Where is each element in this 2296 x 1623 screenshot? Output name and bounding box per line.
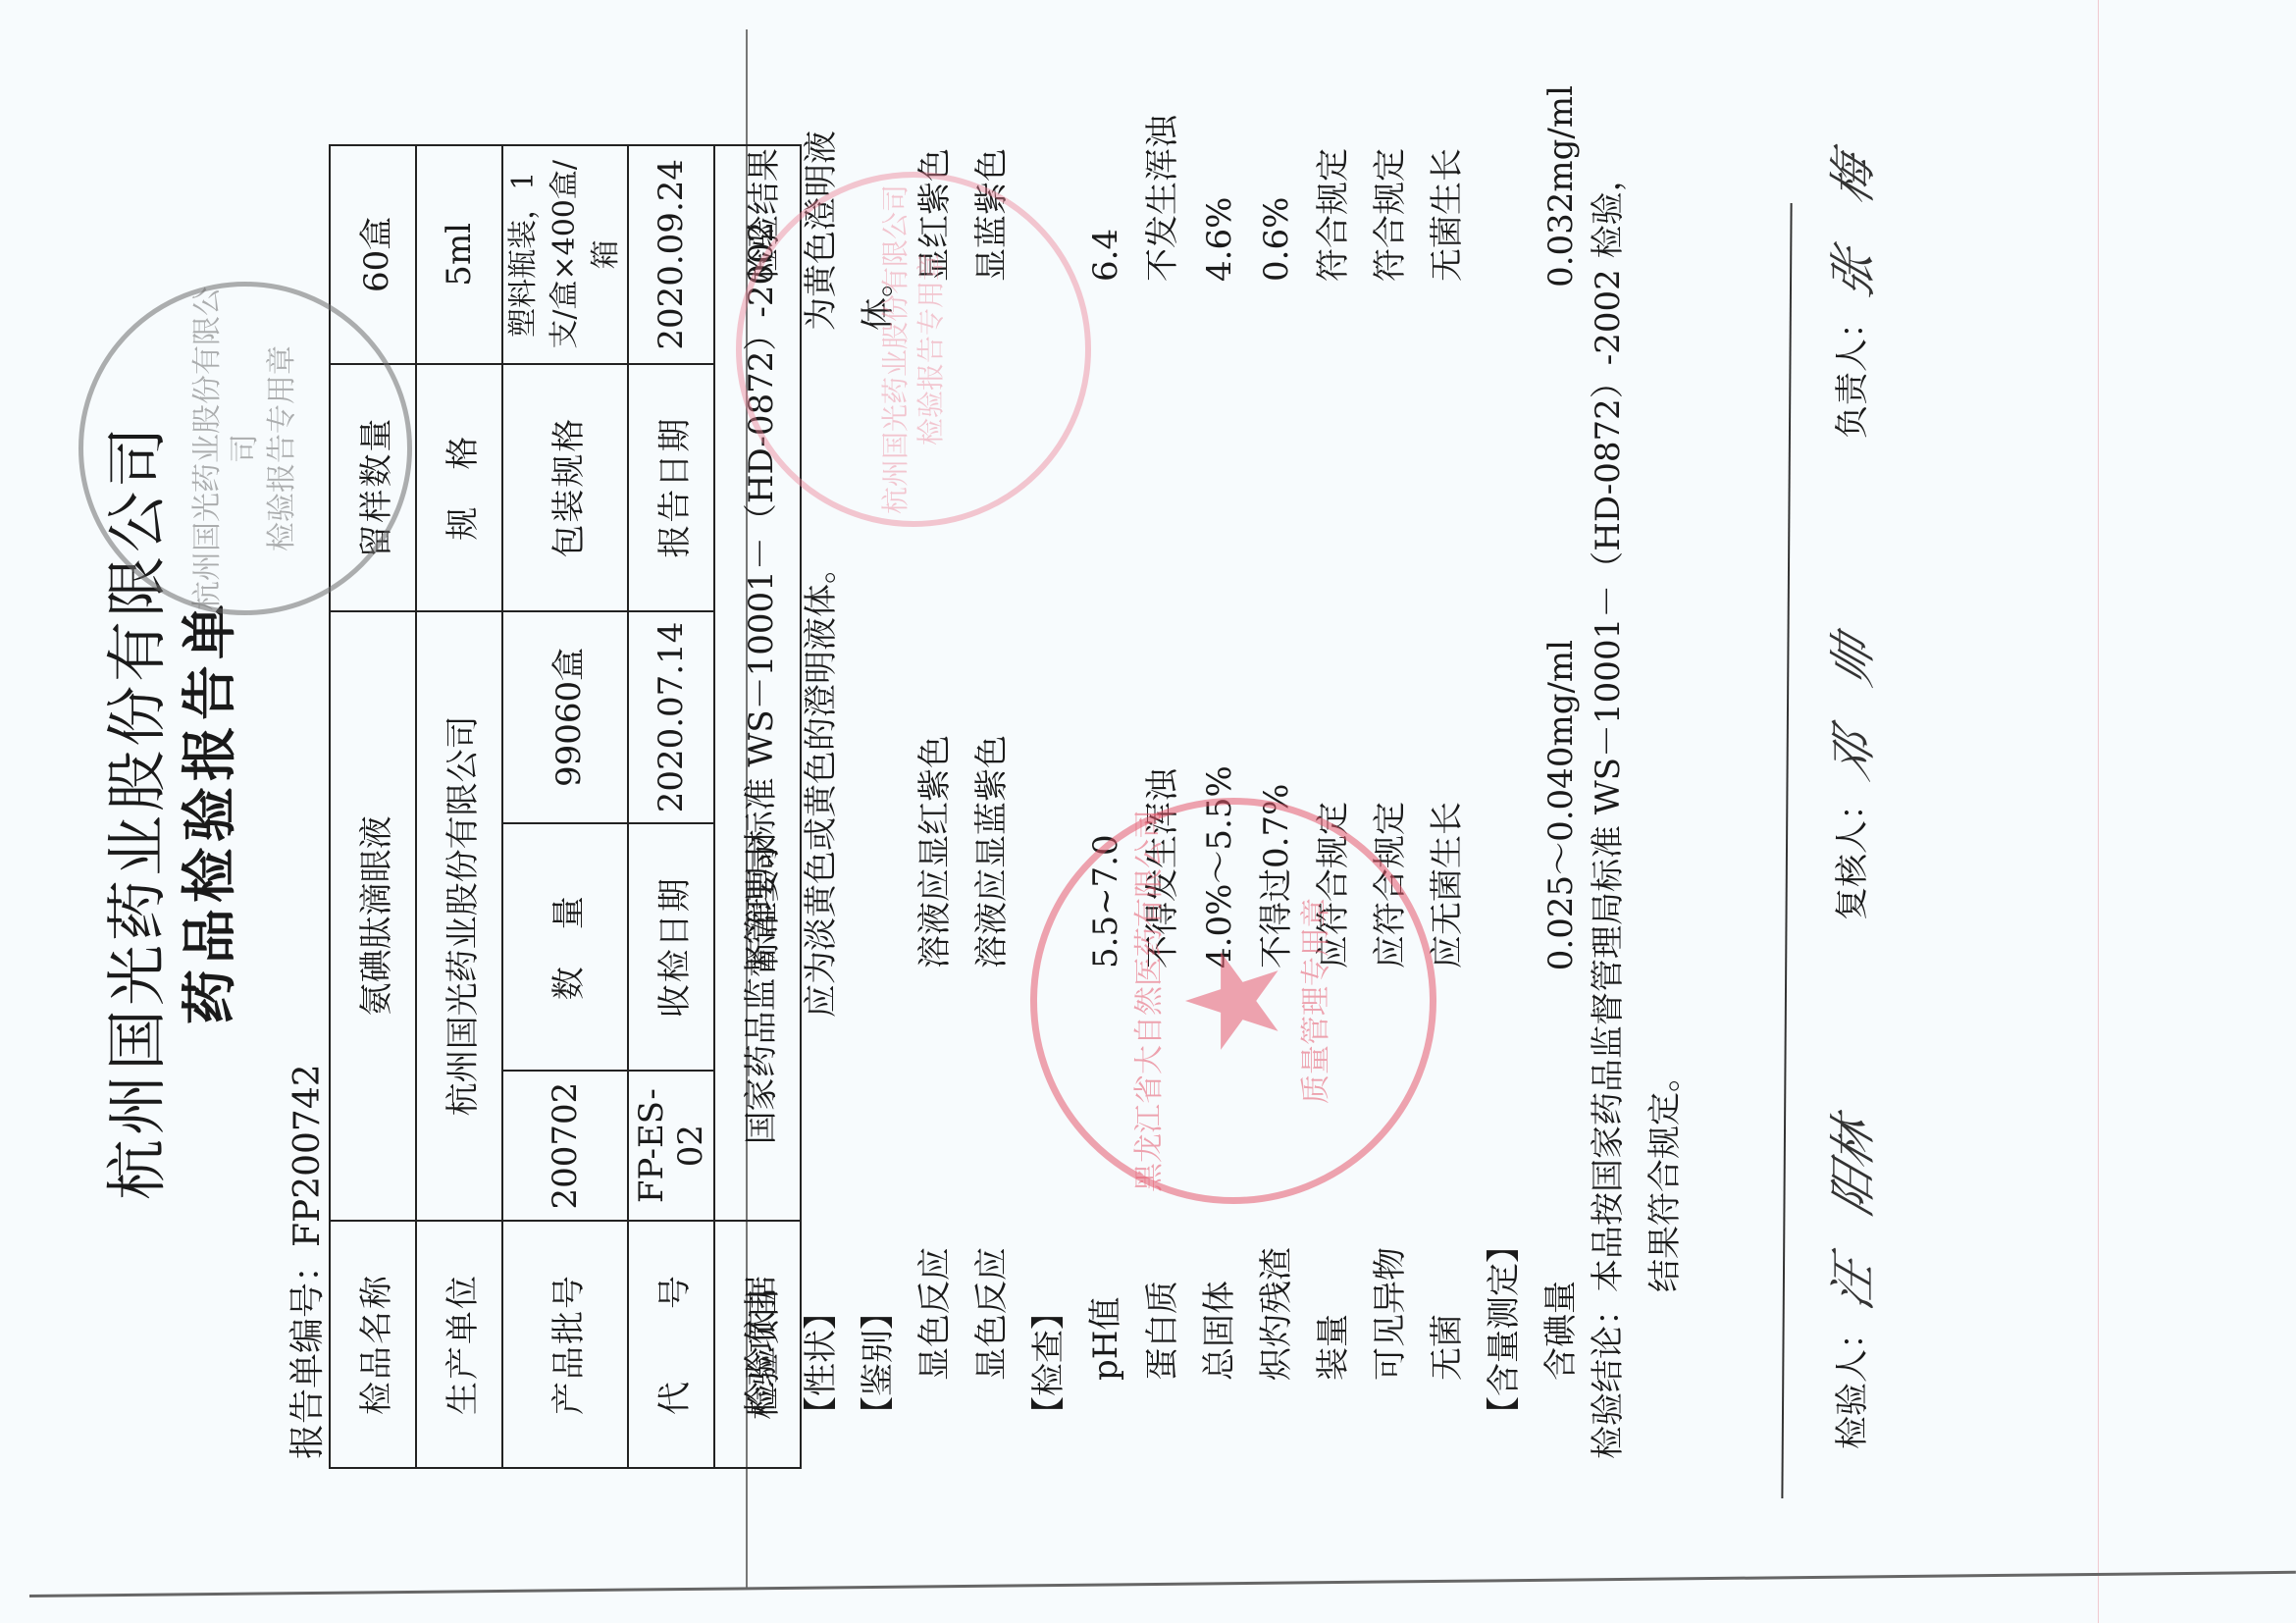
result-value: [1020, 85, 1077, 331]
report-date-label: 报告日期: [628, 364, 714, 611]
spec-label: 规 格: [416, 364, 502, 611]
result-row: 显色反应溶液应显蓝紫色显蓝紫色: [964, 85, 1020, 1459]
result-standard: [1020, 331, 1077, 1018]
result-row: 蛋白质不得发生浑浊不发生浑浊: [1134, 85, 1191, 1459]
result-row: 可见异物应符合规定符合规定: [1362, 85, 1419, 1459]
results-list: 检验项目 标准要求 检验结果 【性状】应为淡黄色或黄色的澄明液体。为黄色澄明液体…: [736, 85, 1590, 1459]
table-row: 代 号 FP-ES-02 收检日期 2020.07.14 报告日期 2020.0…: [628, 145, 714, 1468]
result-item: 【含量测定】: [1476, 1018, 1533, 1459]
inspector-label: 检验人：: [1825, 1316, 1873, 1449]
result-item: 【检查】: [1020, 1018, 1077, 1459]
table-row: 检品名称 氨碘肽滴眼液 留样数量 60盒: [330, 145, 416, 1468]
header-standard: 标准要求: [736, 282, 793, 1008]
signature-divider: [1781, 203, 1792, 1498]
result-value: 显蓝紫色: [964, 85, 1020, 282]
result-value: 4.6%: [1191, 85, 1248, 282]
product-name-value: 氨碘肽滴眼液: [330, 611, 416, 1221]
responsible-handwriting: 张 梅: [1815, 143, 1883, 306]
reviewer-signature: 复核人： 邓 帅: [1815, 636, 1883, 920]
result-standard: 应符合规定: [1305, 282, 1362, 969]
batch-value: 200702: [502, 1071, 628, 1221]
manufacturer-label: 生产单位: [416, 1221, 502, 1468]
table-row: 生产单位 杭州国光药业股份有限公司 规 格 5ml: [416, 145, 502, 1468]
code-value: FP-ES-02: [628, 1071, 714, 1221]
result-value: 无菌生长: [1419, 85, 1476, 282]
result-standard: 5.5~7.0: [1077, 282, 1134, 969]
result-standard: 4.0%～5.5%: [1191, 282, 1248, 969]
result-row: 装量应符合规定符合规定: [1305, 85, 1362, 1459]
header-result: 检验结果: [736, 85, 793, 282]
responsible-label: 负责人：: [1825, 305, 1873, 439]
result-standard: 溶液应显蓝紫色: [964, 282, 1020, 969]
batch-label: 产品批号: [502, 1221, 628, 1468]
spec-value: 5ml: [416, 145, 502, 364]
result-row: 显色反应溶液应显红紫色显红紫色: [907, 85, 964, 1459]
result-row: 炽灼残渣不得过0.7%0.6%: [1248, 85, 1305, 1459]
reviewer-handwriting: 邓 帅: [1815, 625, 1883, 788]
result-standard: 不得过0.7%: [1248, 282, 1305, 969]
seal-inner-text: 检验报告专用章: [264, 287, 301, 610]
quantity-value: 99060盒: [502, 611, 628, 824]
result-value: 符合规定: [1362, 85, 1419, 282]
results-header: 检验项目 标准要求 检验结果: [736, 85, 793, 1459]
packaging-label: 包装规格: [502, 364, 628, 611]
report-number-value: FP200742: [287, 1064, 328, 1247]
inspector-signature: 检验人： 汪 阳林: [1815, 1118, 1883, 1449]
result-item: pH值: [1077, 969, 1134, 1459]
result-row: 【性状】应为淡黄色或黄色的澄明液体。为黄色澄明液体。: [793, 85, 850, 1459]
retained-qty-label: 留样数量: [330, 364, 416, 611]
result-item: 总固体: [1191, 969, 1248, 1459]
result-row: 总固体4.0%～5.5%4.6%: [1191, 85, 1248, 1459]
responsible-signature: 负责人： 张 梅: [1815, 154, 1883, 439]
result-value: 不发生浑浊: [1134, 85, 1191, 282]
product-name-label: 检品名称: [330, 1221, 416, 1468]
result-item: 显色反应: [964, 969, 1020, 1459]
conclusion-line-1: 本品按国家药品监督管理局标准 WS－10001－（HD-0872）-2002 检…: [1589, 158, 1628, 1292]
result-standard: 不得发生浑浊: [1134, 282, 1191, 969]
conclusion: 检验结论：本品按国家药品监督管理局标准 WS－10001－（HD-0872）-2…: [1580, 85, 1694, 1459]
result-standard: 溶液应显红紫色: [907, 282, 964, 969]
result-standard: 应无菌生长: [1419, 282, 1476, 969]
manufacturer-value: 杭州国光药业股份有限公司: [416, 611, 502, 1221]
report-number-label: 报告单编号：: [287, 1247, 328, 1459]
result-item: 装量: [1305, 969, 1362, 1459]
result-item: 蛋白质: [1134, 969, 1191, 1459]
code-label: 代 号: [628, 1221, 714, 1468]
result-value: 符合规定: [1305, 85, 1362, 282]
packaging-value: 塑料瓶装，1支/盒×400盒/箱: [502, 145, 628, 364]
report-date-value: 2020.09.24: [628, 145, 714, 364]
result-row: pH值5.5~7.06.4: [1077, 85, 1134, 1459]
report-number: 报告单编号：FP200742: [280, 1064, 330, 1459]
company-name: 杭州国光药业股份有限公司: [88, 36, 176, 1587]
result-value: 6.4: [1077, 85, 1134, 282]
result-standard: [1476, 331, 1533, 1018]
result-value: 显红紫色: [907, 85, 964, 282]
conclusion-line-2: 结果符合规定。: [1637, 85, 1694, 1459]
header-item: 检验项目: [736, 1008, 793, 1459]
inspector-handwriting: 汪 阳林: [1815, 1107, 1883, 1317]
result-item: 显色反应: [907, 969, 964, 1459]
result-row: 【检查】: [1020, 85, 1077, 1459]
reviewer-label: 复核人：: [1825, 787, 1873, 920]
result-item: 无菌: [1419, 969, 1476, 1459]
inspection-report-page: 杭州国光药业股份有限公司 药品检验报告单 报告单编号：FP200742 检品名称…: [49, 36, 2208, 1587]
conclusion-label: 检验结论：: [1589, 1292, 1628, 1459]
retained-qty-value: 60盒: [330, 145, 416, 364]
result-value: 为黄色澄明液体。: [793, 85, 850, 331]
table-row: 产品批号 200702 数 量 99060盒 包装规格 塑料瓶装，1支/盒×40…: [502, 145, 628, 1468]
result-item: 【性状】: [793, 1018, 850, 1459]
result-row: 【鉴别】: [850, 85, 907, 1459]
document-title: 药品检验报告单: [167, 36, 245, 1587]
result-item: 【鉴别】: [850, 1018, 907, 1459]
received-date-value: 2020.07.14: [628, 611, 714, 824]
result-value: [1476, 85, 1533, 331]
result-value: [850, 85, 907, 331]
result-item: 可见异物: [1362, 969, 1419, 1459]
result-standard: [850, 331, 907, 1018]
product-info-table: 检品名称 氨碘肽滴眼液 留样数量 60盒 生产单位 杭州国光药业股份有限公司 规…: [329, 144, 802, 1469]
received-date-label: 收检日期: [628, 823, 714, 1071]
result-row: 【含量测定】: [1476, 85, 1533, 1459]
quantity-label: 数 量: [502, 823, 628, 1071]
result-item: 炽灼残渣: [1248, 969, 1305, 1459]
result-standard: 应符合规定: [1362, 282, 1419, 969]
result-standard: 应为淡黄色或黄色的澄明液体。: [793, 331, 850, 1018]
signature-block: 检验人： 汪 阳林 复核人： 邓 帅 负责人： 张 梅: [1815, 154, 1883, 1449]
result-row: 无菌应无菌生长无菌生长: [1419, 85, 1476, 1459]
result-value: 0.6%: [1248, 85, 1305, 282]
